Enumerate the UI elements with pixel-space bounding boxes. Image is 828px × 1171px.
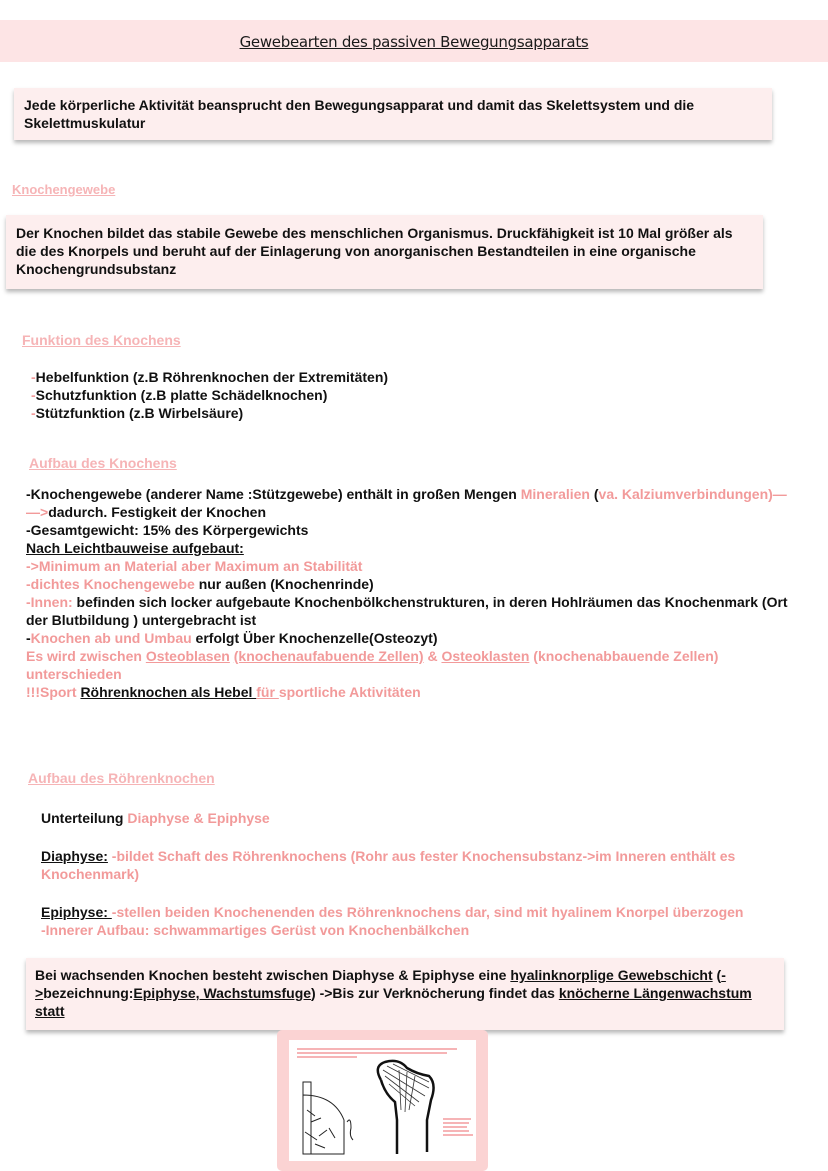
- heading-aufbau: Aufbau des Knochens: [29, 455, 177, 471]
- knochengewebe-card: Der Knochen bildet das stabile Gewebe de…: [6, 215, 763, 289]
- bone-drawing: [289, 1040, 476, 1161]
- intro-text: Jede körperliche Aktivität beansprucht d…: [24, 97, 694, 131]
- roehrenknochen-text: Unterteilung Diaphyse & Epiphyse Diaphys…: [41, 809, 811, 939]
- list-item: -Hebelfunktion (z.B Röhrenknochen der Ex…: [31, 368, 388, 386]
- aufbau-text: -Knochengewebe (anderer Name :Stützgeweb…: [26, 485, 796, 701]
- page-title: Gewebearten des passiven Bewegungsappara…: [240, 33, 589, 51]
- knochengewebe-text: Der Knochen bildet das stabile Gewebe de…: [16, 225, 733, 277]
- title-bar: Gewebearten des passiven Bewegungsappara…: [0, 20, 828, 62]
- heading-funktion: Funktion des Knochens: [22, 332, 181, 348]
- heading-roehrenknochen: Aufbau des Röhrenknochen: [28, 770, 215, 786]
- funktion-list: -Hebelfunktion (z.B Röhrenknochen der Ex…: [31, 368, 388, 422]
- bone-image-frame: [277, 1030, 488, 1171]
- intro-card: Jede körperliche Aktivität beansprucht d…: [14, 88, 772, 140]
- wachstum-card: Bei wachsenden Knochen besteht zwischen …: [26, 958, 784, 1030]
- list-item: -Schutzfunktion (z.B platte Schädelknoch…: [31, 386, 388, 404]
- bone-illustration-icon: [289, 1040, 476, 1161]
- heading-knochengewebe: Knochengewebe: [12, 182, 115, 197]
- list-item: -Stützfunktion (z.B Wirbelsäure): [31, 404, 388, 422]
